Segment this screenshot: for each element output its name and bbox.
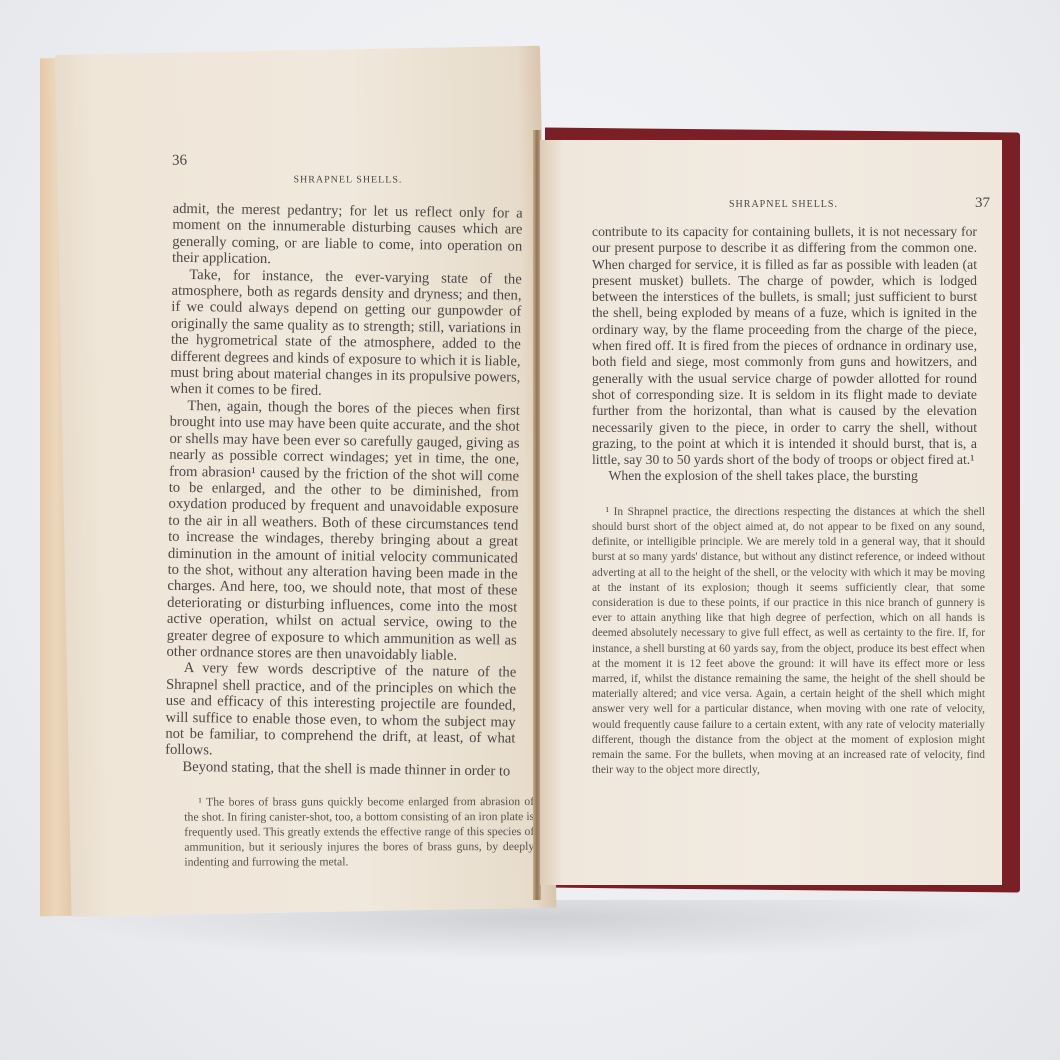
right-page-footnote: ¹ In Shrapnel practice, the directions r… [592, 505, 985, 779]
running-head: SHRAPNEL SHELLS. [293, 174, 402, 185]
left-page: 36 SHRAPNEL SHELLS. admit, the merest pe… [55, 46, 556, 917]
page-number: 36 [172, 152, 187, 169]
right-page: SHRAPNEL SHELLS. 37 contribute to its ca… [540, 140, 1002, 885]
left-page-footnote: ¹ The bores of brass guns quickly become… [184, 794, 534, 870]
paragraph: A very few words descriptive of the natu… [165, 660, 516, 763]
paragraph: Then, again, though the bores of the pie… [166, 398, 520, 665]
footnote: ¹ The bores of brass guns quickly become… [184, 794, 534, 870]
footnote: ¹ In Shrapnel practice, the directions r… [592, 505, 985, 779]
paragraph: Beyond stating, that the shell is made t… [165, 759, 515, 780]
right-page-header: SHRAPNEL SHELLS. 37 [592, 195, 990, 212]
left-page-body: admit, the merest pedantry; for let us r… [165, 201, 523, 780]
paragraph: admit, the merest pedantry; for let us r… [172, 201, 523, 272]
page-number: 37 [975, 195, 990, 212]
running-head: SHRAPNEL SHELLS. [592, 199, 975, 210]
paragraph: Take, for instance, the ever-varying sta… [170, 266, 522, 402]
paragraph: contribute to its capacity for containin… [592, 224, 977, 468]
paragraph: When the explosion of the shell takes pl… [592, 468, 977, 484]
left-page-header: 36 SHRAPNEL SHELLS. [172, 146, 523, 189]
right-page-body: contribute to its capacity for containin… [592, 224, 977, 485]
